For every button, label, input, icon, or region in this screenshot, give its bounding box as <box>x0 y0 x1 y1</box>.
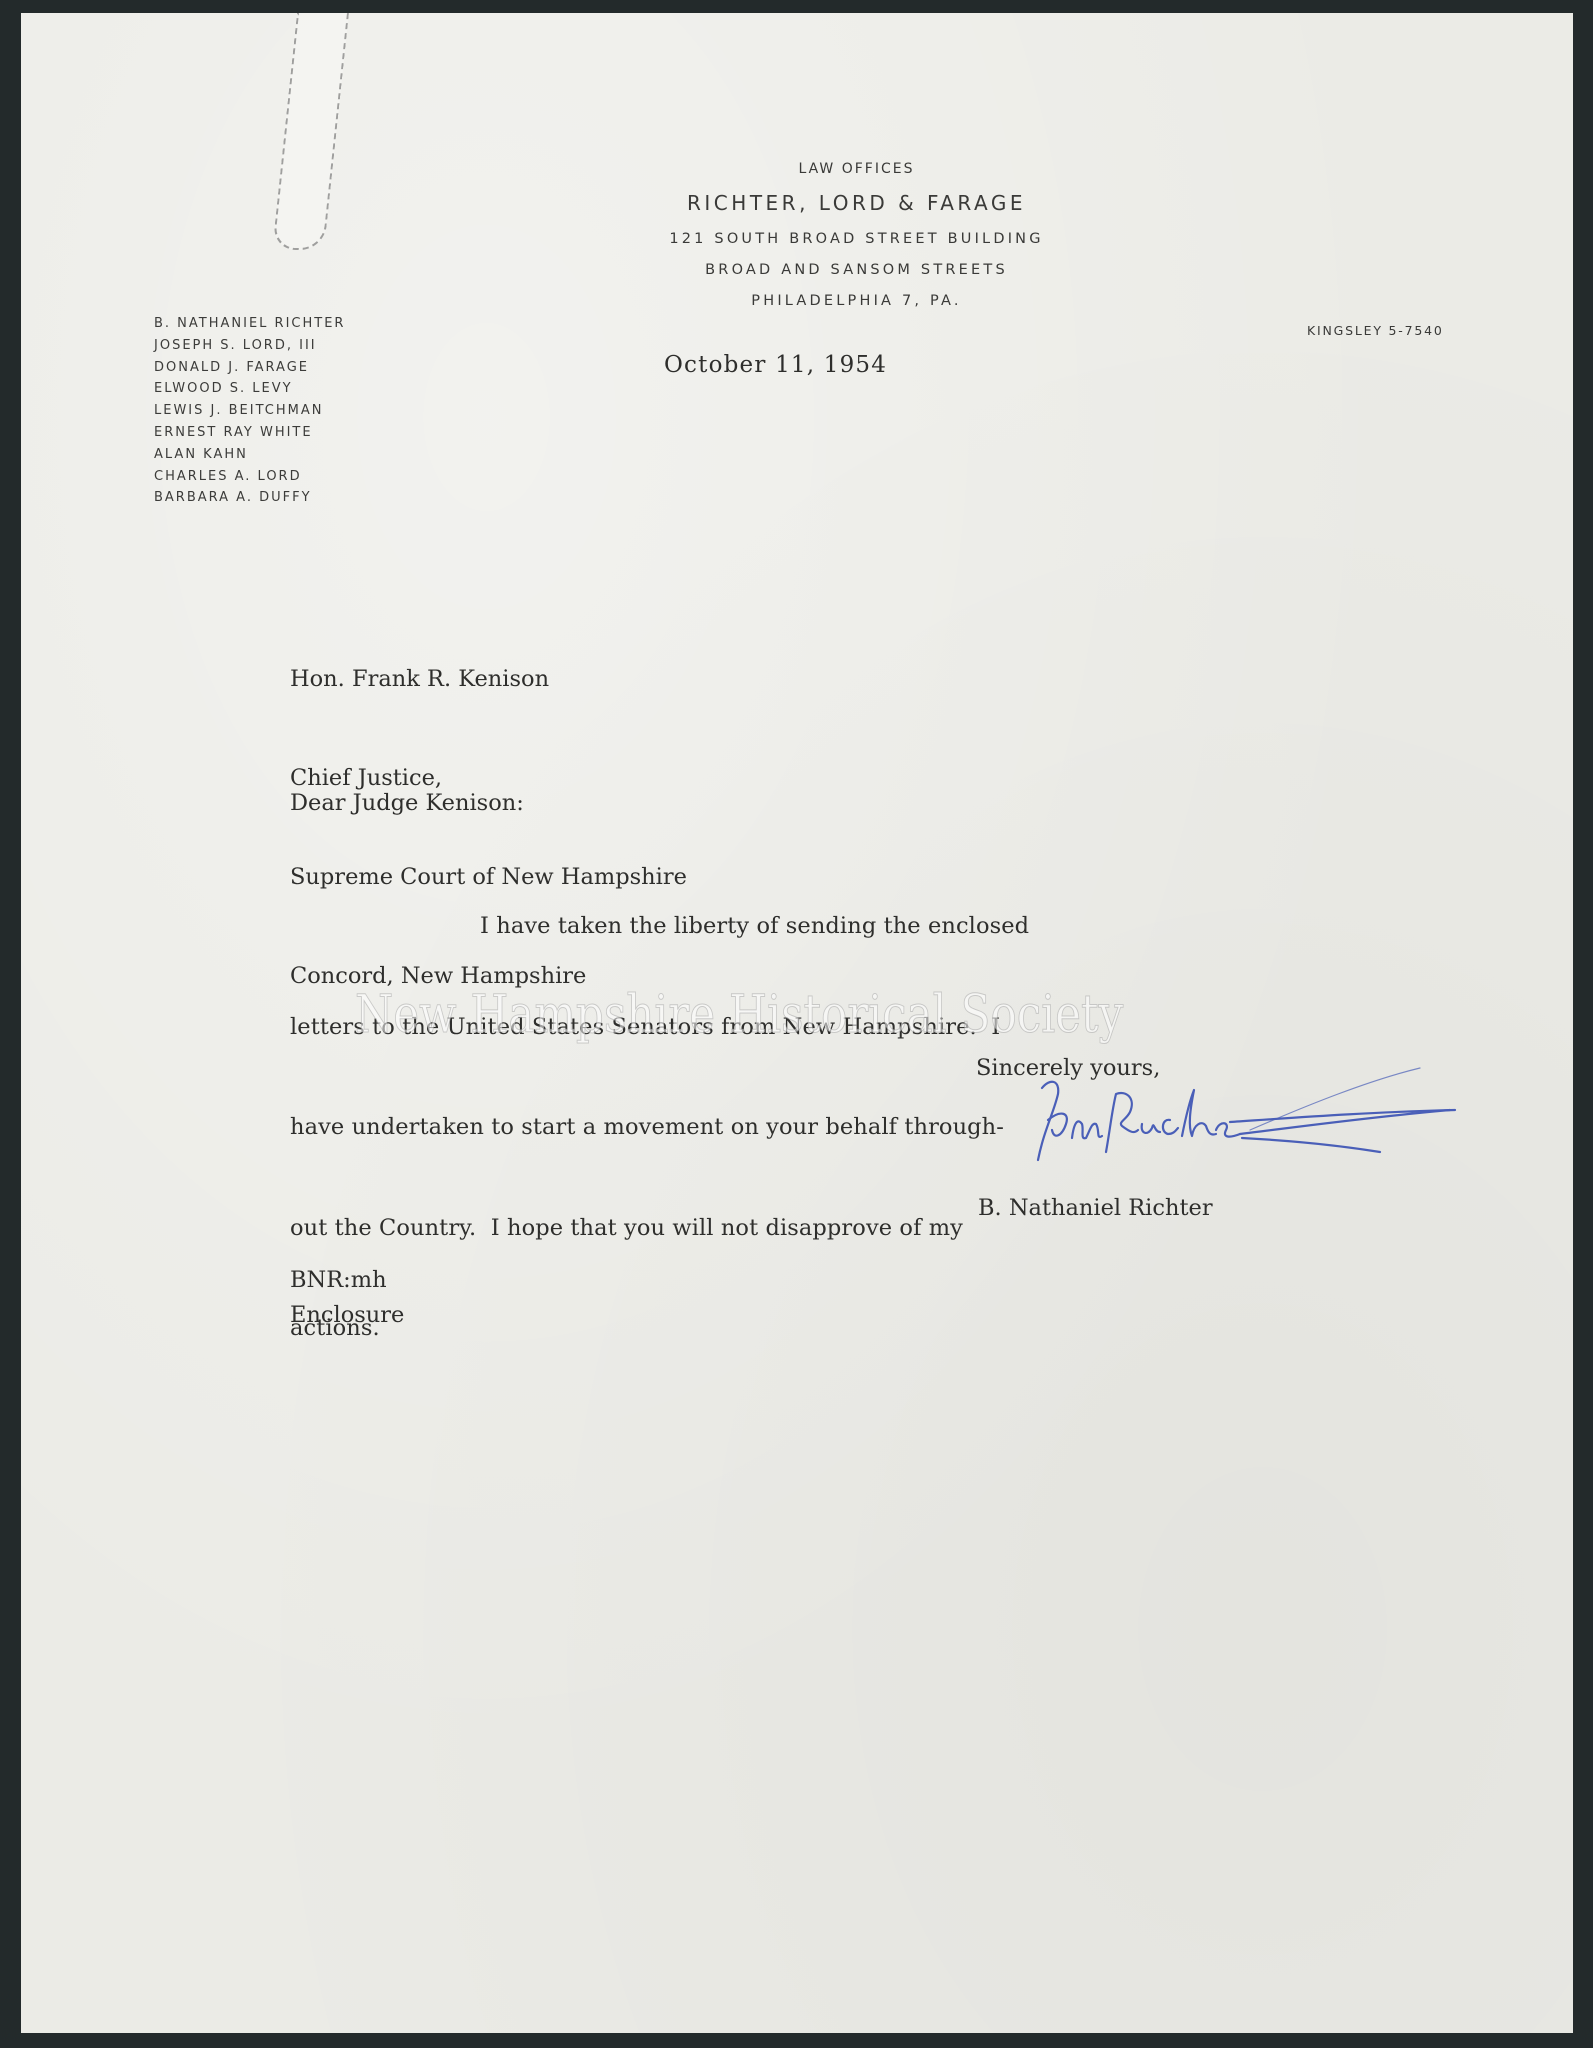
partner-name: Elwood S. Levy <box>154 378 345 400</box>
signature <box>1030 1060 1460 1180</box>
watermark: New Hampshire Historical Society <box>355 985 1123 1045</box>
partner-name: Alan Kahn <box>154 444 345 466</box>
partner-name: B. Nathaniel Richter <box>154 313 345 335</box>
reference-initials: BNR:mh <box>290 1267 387 1293</box>
firm-address-line3: Philadelphia 7, Pa. <box>60 293 1593 309</box>
partner-list: B. Nathaniel Richter Joseph S. Lord, III… <box>154 313 345 509</box>
partner-name: Lewis J. Beitchman <box>154 400 345 422</box>
letterhead-label: Law Offices <box>60 161 1593 177</box>
partner-name: Barbara A. Duffy <box>154 487 345 509</box>
partner-name: Donald J. Farage <box>154 357 345 379</box>
body-line: out the Country. I hope that you will no… <box>290 1212 1029 1246</box>
partner-name: Ernest Ray White <box>154 422 345 444</box>
letter-body: I have taken the liberty of sending the … <box>290 843 1029 1379</box>
body-line: I have taken the liberty of sending the … <box>480 913 1029 939</box>
salutation: Dear Judge Kenison: <box>290 790 524 816</box>
partner-name: Joseph S. Lord, III <box>154 335 345 357</box>
enclosure-notation: Enclosure <box>290 1302 404 1328</box>
firm-phone: Kingsley 5-7540 <box>1307 323 1444 338</box>
signer-name: B. Nathaniel Richter <box>978 1195 1213 1221</box>
firm-address-line1: 121 South Broad Street Building <box>60 231 1593 247</box>
firm-address-line2: Broad and Sansom Streets <box>60 262 1593 278</box>
partner-name: Charles A. Lord <box>154 466 345 488</box>
letter-date: October 11, 1954 <box>664 352 887 378</box>
firm-name: Richter, Lord & Farage <box>60 191 1593 215</box>
body-line: have undertaken to start a movement on y… <box>290 1111 1029 1145</box>
recipient-line: Hon. Frank R. Kenison <box>290 663 687 696</box>
